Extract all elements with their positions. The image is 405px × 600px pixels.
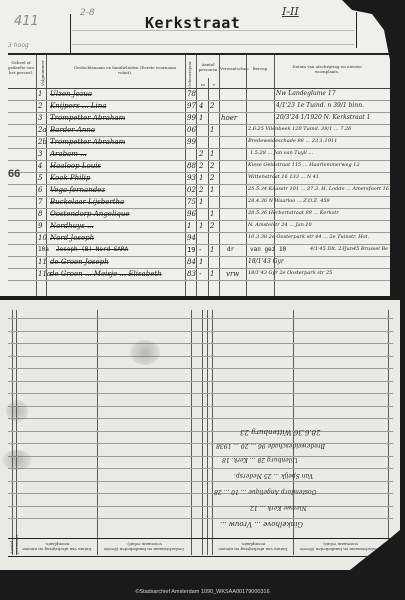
register-entry: 3 Arabam ... 2 1 1.5.28 ... Jan van Tuyl… (0, 150, 390, 162)
entry-year: 94 (187, 234, 196, 242)
section-code: I-II (282, 5, 299, 18)
row-line (8, 356, 393, 357)
inverted-entry: Oostendorp Angelique ... 10 ... 28 (214, 488, 317, 495)
entry-note: 28.5.36 Herbertstraat 99 ... Kerkstr (248, 210, 339, 216)
stain (6, 400, 28, 422)
row-line (8, 506, 393, 507)
entry-year: 06 (187, 126, 196, 134)
entry-count-m: 1 (199, 174, 203, 182)
entry-year: 97 (187, 102, 196, 110)
entry-note: 18/1'43 Gyr (248, 258, 284, 265)
entry-number: 8 (38, 210, 42, 218)
entry-note: 18/1'43 Gyr 2e Oosterpark str 25 (248, 270, 332, 276)
entry-name: Oostendorp Angelique (50, 210, 130, 218)
entry-note: 10.3.38 2e Oosterpark str 44 ... 2e Tuin… (248, 234, 369, 240)
entry-note: Nw Landeglume 17 (276, 90, 336, 97)
inverted-header: Datum van afschrijving en nieuwe woonpla… (216, 542, 290, 552)
stain (130, 340, 160, 365)
register-entry: 3 Trompetter Abraham 99 1 hoer 20/3'24 1… (0, 114, 390, 126)
row-line (8, 418, 393, 419)
footer-rule (8, 538, 393, 539)
entry-count-v: 1 (210, 126, 214, 134)
entry-name: Trompetter Abraham (50, 114, 125, 122)
entry-note: 20/3'24 1/1920 N. Kerkstraat 1 (276, 114, 370, 121)
entry-name: Buckelaar Lijsbertha (50, 198, 124, 206)
entry-count-m: - (199, 246, 201, 254)
inverted-entry: Uilenburg 28 ... Kerk. 18 (222, 456, 298, 463)
register-entry: 5 Kook Philip 93 1 2 Wittenstraat 16 133… (0, 174, 390, 186)
entry-count-m: 2 (199, 162, 203, 170)
entry-note: 2.6.25 Vilenbeek 120 Tuind. 39/1 ... 7.2… (248, 126, 351, 132)
header-rule (72, 44, 354, 45)
entry-note: Wittenstraat 16 133 ... N 41 (248, 174, 319, 180)
entry-year: 02 (187, 186, 196, 194)
row-line (8, 368, 393, 369)
row-line (8, 481, 393, 482)
row-line (8, 393, 393, 394)
column-header-perceel: Geheel of gedeelte van het perceel. (8, 60, 34, 75)
register-entry: 2b Trompetter Abraham 99 Bredeweideschad… (0, 138, 390, 150)
entry-count-m: 1 (199, 198, 203, 206)
entry-profession: hoer (221, 114, 237, 122)
row-line (8, 431, 393, 432)
entry-count-v: 1 (210, 150, 214, 158)
column-header-aantal-m: m (199, 82, 207, 87)
register-entry: 1 Ulzen Jozua 78 Nw Landeglume 17 (0, 90, 390, 102)
header-bottom-rule (8, 53, 390, 55)
entry-note: 4/1'45 Dlt. 23Jun45 Brussel Be (310, 246, 388, 252)
entry-count-m: 2 (199, 186, 203, 194)
entry-number: 3 (38, 150, 42, 158)
entry-number: 10 (38, 234, 47, 242)
header-rule (72, 30, 354, 31)
entry-count-v: 1 (210, 210, 214, 218)
entry-number: 6 (38, 186, 42, 194)
entry-note: N. Amstelstr 24 ... Jan 10 (248, 222, 312, 228)
inverted-header: Aantal personen (9, 540, 19, 554)
footer-rule (8, 556, 393, 557)
entry-name: Barder Anna (50, 126, 95, 134)
stain (2, 450, 32, 470)
inverted-entry: 28.6.36 Wittenburg 23 (240, 428, 320, 436)
entry-name: Kook Philip (50, 174, 90, 182)
inverted-entry: Ginkelhove ... Vrouw ... (220, 520, 303, 528)
row-line (8, 518, 393, 519)
entry-year: 19 (187, 246, 195, 254)
column-header-naam: Geslachtsnaam en familielieden (Eerste v… (70, 65, 180, 75)
register-card-front: 411 2-8 3 hoog Kerkstraat I-II Geheel of… (0, 0, 390, 296)
column-header-beroep: Beroep (248, 66, 272, 71)
entry-name: de Groen ... Meisje ... Elisabeth (50, 270, 162, 278)
entry-name: Ulzen Jozua (50, 90, 92, 98)
entry-count-v: 1 (210, 186, 214, 194)
entry-count-m: 1 (199, 114, 203, 122)
entry-number: 3 (38, 114, 42, 122)
register-entry: 2 Knijpers ... Lina 97 4 2 4/1'23 1e Tui… (0, 102, 390, 114)
entry-number: 1 (38, 90, 42, 98)
row-line (8, 443, 393, 444)
row-line (8, 318, 393, 319)
entry-name: Nordhuys ... (50, 222, 94, 230)
header-bottom-line (8, 88, 390, 89)
entry-year: 78 (187, 90, 196, 98)
entry-year: 99 (187, 138, 196, 146)
entry-note: 4/1'23 1e Tuind. n 39/1 binn. (276, 102, 364, 109)
register-entry: 9 Nordhuys ... 1 1 2 N. Amstelstr 24 ...… (0, 222, 390, 234)
entry-year: 84 (187, 258, 196, 266)
inverted-entry: Nieuwe Kerk ... 12 (250, 504, 307, 511)
column-header-aantal: Aantal personen (198, 62, 218, 72)
column-header-verwantschap: Verwantschap (220, 66, 244, 71)
row-line (8, 343, 393, 344)
inverted-entry: Van Speijk ... 25 Nedersp. (234, 472, 313, 479)
entry-name: Haaloop Louis (50, 162, 101, 170)
entry-number: 9 (38, 222, 42, 230)
entry-count-m: - (199, 270, 201, 278)
entry-number: 4 (38, 162, 42, 170)
inverted-entry: Bredeweideschade 96 ... 20 ... 1938 (216, 442, 325, 449)
entry-number: 2b (38, 138, 47, 146)
entry-year: 83 (187, 270, 196, 278)
entry-name: Knijpers ... Lina (50, 102, 106, 110)
register-entry: 11 de Groen Joseph 84 1 18/1'43 Gyr (0, 258, 390, 270)
column-header-geboortejaar: Geboortejaar (187, 58, 192, 88)
register-entry: 7 Buckelaar Lijsbertha 75 1 28.4.36 N Wa… (0, 198, 390, 210)
entry-count-v: 1 (210, 270, 214, 278)
entry-year: 75 (187, 198, 196, 206)
inverted-header: Geslachtsnaam en familielieden (Eerste v… (100, 542, 188, 552)
entry-year: 93 (187, 174, 196, 182)
header-divider-right (356, 12, 357, 48)
entry-number: 2 (38, 102, 42, 110)
inverted-header: Datum van afschrijving en nieuwe woonpla… (22, 542, 92, 552)
register-entry: 4 Haaloop Louis 88 2 2 Kiese Geldstraat … (0, 162, 390, 174)
row-line (8, 456, 393, 457)
entry-note: 28.4.36 N Waarloo ... Z.O.Z. 459 (248, 198, 330, 204)
entry-name: Vega fernandez (50, 186, 105, 194)
entry-count-m: 1 (199, 258, 203, 266)
register-entry: 10a Joseph (B) Nord SARA 19 - 1 dr van g… (0, 246, 390, 258)
entry-relation: vrw (226, 270, 239, 278)
house-number: 411 (14, 14, 39, 29)
floor-annotation: 3 hoog (8, 42, 29, 49)
row-line (8, 406, 393, 407)
row-line (8, 493, 393, 494)
register-entry: 6 Vega fernandez 02 2 1 25.5.34 Kaasstr … (0, 186, 390, 198)
entry-number: 2a (38, 126, 47, 134)
header-divider-left (70, 14, 71, 54)
column-header-afschrijving: Datum van afschrijving en nieuwe woonpla… (282, 64, 372, 74)
row-line (8, 468, 393, 469)
archive-credit: ©Stadsarchief Amsterdam 1090_WKSAA001790… (0, 589, 405, 595)
entry-name: Trompetter Abraham (50, 138, 125, 146)
entry-name: de Groen Joseph (50, 258, 109, 266)
register-card-back: 28.6.36 Wittenburg 23 Bredeweideschade 9… (0, 300, 400, 585)
row-line (8, 381, 393, 382)
entry-name: Arabam ... (50, 150, 87, 158)
entry-number: 5 (38, 174, 42, 182)
entry-count-v: 2 (210, 102, 214, 110)
entry-note: 25.5.34 Kaasstr 101 ... 27.3. H. Lodde .… (248, 186, 389, 192)
entry-count-m: 4 (199, 102, 203, 110)
entry-count-v: 1 (210, 246, 214, 254)
entry-count-v: 2 (210, 162, 214, 170)
row-line (8, 331, 393, 332)
register-entry: 2a Barder Anna 06 1 2.6.25 Vilenbeek 120… (0, 126, 390, 138)
entry-name: Nord Joseph (50, 234, 94, 242)
entry-count-v: 2 (210, 222, 214, 230)
entry-note: 1.5.28 ... Jan van Tuyll ... (250, 150, 313, 156)
entry-profession: van gez 10 (250, 246, 286, 253)
entry-count-m: 1 (199, 222, 203, 230)
entry-number: 7 (38, 198, 42, 206)
entry-note: Kiese Geldstraat 115 ... Haarlemmerweg 1… (248, 162, 360, 168)
entry-year: 1 (187, 222, 191, 230)
register-entry: 8 Oostendorp Angelique 96 1 28.5.36 Herb… (0, 210, 390, 222)
entry-year: 96 (187, 210, 196, 218)
register-entry: 10 Nord Joseph 94 10.3.38 2e Oosterpark … (0, 234, 390, 246)
entry-count-v: 2 (210, 174, 214, 182)
entry-year: 99 (187, 114, 196, 122)
entry-name: Joseph (B) Nord SARA (56, 246, 128, 253)
inverted-header: Geslachtsnaam en familielieden (Eerste v… (296, 542, 384, 552)
pencil-annotation: 2-8 (80, 8, 95, 18)
entry-note: Bredeweideschade 98 ... 23.1.1911 (248, 138, 337, 144)
entry-year: 88 (187, 162, 196, 170)
entry-number: 10a (38, 246, 49, 253)
entry-relation: dr (227, 246, 234, 253)
column-header-aantal-v: v (210, 82, 218, 87)
entry-number: 11 (38, 258, 47, 266)
column-header-volgnummer: Volgnummer (40, 58, 45, 86)
entry-count-m: 2 (199, 150, 203, 158)
register-entry: 11a de Groen ... Meisje ... Elisabeth 83… (0, 270, 390, 282)
